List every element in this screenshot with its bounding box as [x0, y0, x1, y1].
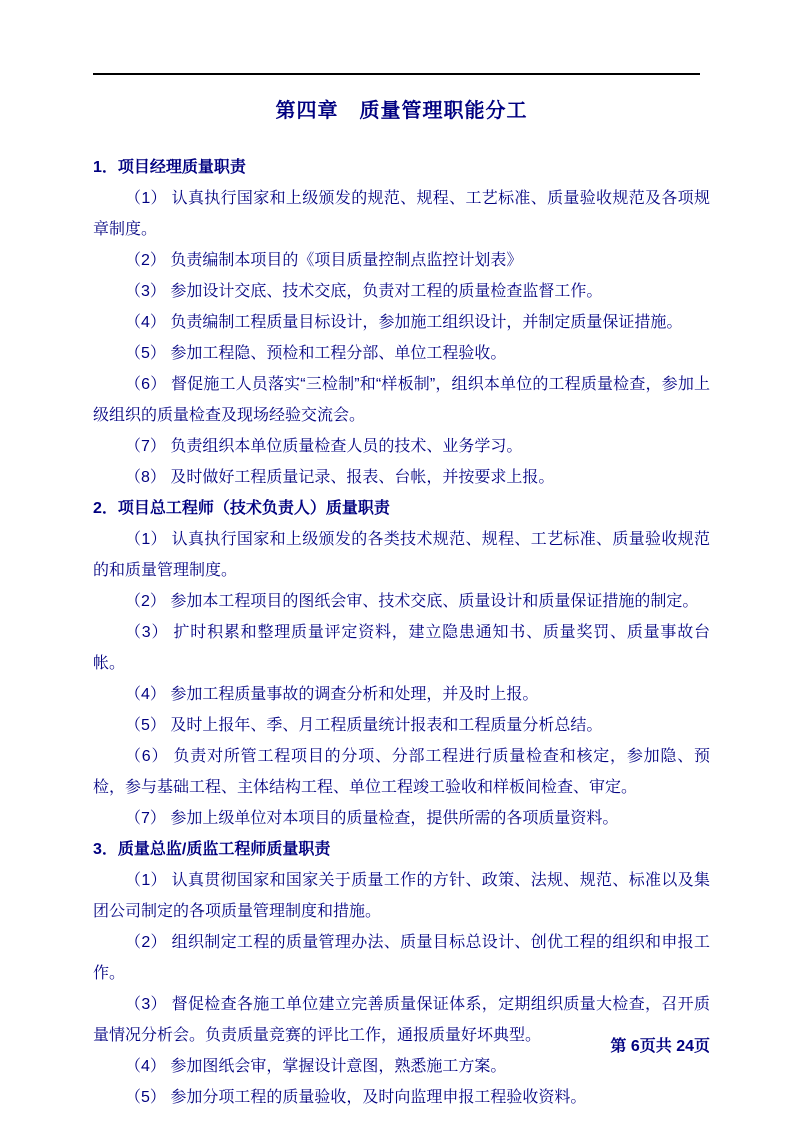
section-3-heading: 3．质量总监/质监工程师质量职责 — [93, 834, 710, 865]
list-item: （1） 认真执行国家和上级颁发的规范、规程、工艺标准、质量验收规范及各项规章制度… — [93, 183, 710, 245]
list-item: （5） 及时上报年、季、月工程质量统计报表和工程质量分析总结。 — [93, 710, 710, 741]
list-item: （3） 扩时积累和整理质量评定资料，建立隐患通知书、质量奖罚、质量事故台帐。 — [93, 617, 710, 679]
section-quality-director: 3．质量总监/质监工程师质量职责 （1） 认真贯彻国家和国家关于质量工作的方针、… — [93, 834, 710, 1113]
list-item: （1） 认真执行国家和上级颁发的各类技术规范、规程、工艺标准、质量验收规范的和质… — [93, 524, 710, 586]
list-item: （6） 督促施工人员落实“三检制”和“样板制”，组织本单位的工程质量检查，参加上… — [93, 369, 710, 431]
list-item: （2） 负责编制本项目的《项目质量控制点监控计划表》 — [93, 245, 710, 276]
section-1-heading: 1．项目经理质量职责 — [93, 152, 710, 183]
page-number: 第 6页共 24页 — [610, 1036, 710, 1058]
list-item: （1） 认真贯彻国家和国家关于质量工作的方针、政策、法规、规范、标准以及集团公司… — [93, 865, 710, 927]
list-item: （2） 参加本工程项目的图纸会审、技术交底、质量设计和质量保证措施的制定。 — [93, 586, 710, 617]
list-item: （5） 参加工程隐、预检和工程分部、单位工程验收。 — [93, 338, 710, 369]
section-project-manager: 1．项目经理质量职责 （1） 认真执行国家和上级颁发的规范、规程、工艺标准、质量… — [93, 152, 710, 493]
list-item: （7） 参加上级单位对本项目的质量检查，提供所需的各项质量资料。 — [93, 803, 710, 834]
page-title: 第四章 质量管理职能分工 — [93, 96, 710, 127]
list-item: （8） 及时做好工程质量记录、报表、台帐，并按要求上报。 — [93, 462, 710, 493]
list-item: （3） 参加设计交底、技术交底，负责对工程的质量检查监督工作。 — [93, 276, 710, 307]
list-item: （4） 参加工程质量事故的调查分析和处理，并及时上报。 — [93, 679, 710, 710]
header-rule — [93, 73, 700, 75]
section-2-heading: 2．项目总工程师（技术负责人）质量职责 — [93, 493, 710, 524]
list-item: （4） 负责编制工程质量目标设计，参加施工组织设计，并制定质量保证措施。 — [93, 307, 710, 338]
list-item: （6） 负责对所管工程项目的分项、分部工程进行质量检查和核定，参加隐、预检，参与… — [93, 741, 710, 803]
list-item: （5） 参加分项工程的质量验收，及时向监理申报工程验收资料。 — [93, 1082, 710, 1113]
document-page: 第四章 质量管理职能分工 1．项目经理质量职责 （1） 认真执行国家和上级颁发的… — [0, 0, 793, 1122]
list-item: （2） 组织制定工程的质量管理办法、质量目标总设计、创优工程的组织和申报工作。 — [93, 927, 710, 989]
section-chief-engineer: 2．项目总工程师（技术负责人）质量职责 （1） 认真执行国家和上级颁发的各类技术… — [93, 493, 710, 834]
list-item: （7） 负责组织本单位质量检查人员的技术、业务学习。 — [93, 431, 710, 462]
